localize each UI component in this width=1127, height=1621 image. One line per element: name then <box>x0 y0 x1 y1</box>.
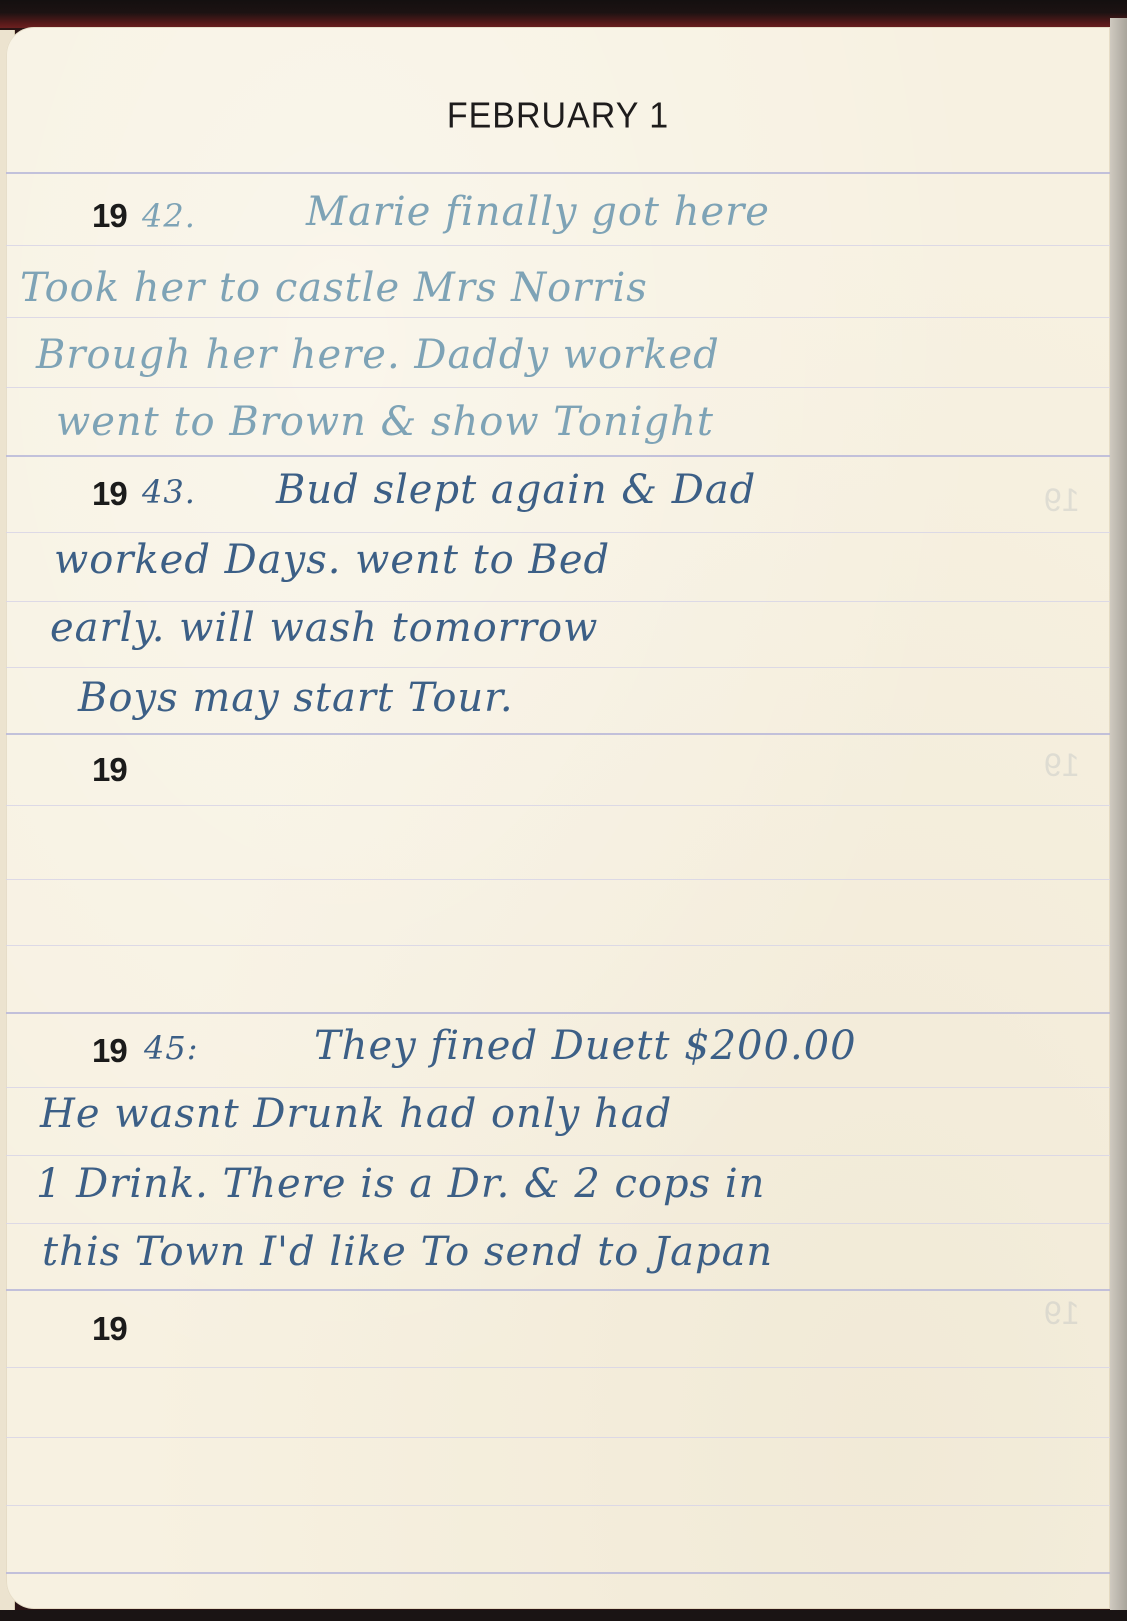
ruled-line <box>6 601 1110 602</box>
year-suffix: 43. <box>142 473 196 511</box>
section-rule <box>6 1012 1110 1014</box>
ruled-line <box>6 532 1110 533</box>
entry-line: He wasnt Drunk had only had <box>40 1091 672 1137</box>
ruled-line <box>6 1155 1110 1156</box>
page-stack-right-edge <box>1110 18 1127 1618</box>
entry-line: went to Brown & show Tonight <box>56 399 714 445</box>
entry-line: 1 Drink. There is a Dr. & 2 cops in <box>36 1161 765 1207</box>
entry-line: They fined Duett $200.00 <box>314 1023 857 1069</box>
entry-line: worked Days. went to Bed <box>54 537 610 583</box>
page-title: FEBRUARY 1 <box>6 96 1110 137</box>
section-rule <box>6 455 1110 457</box>
entry-line: Took her to castle Mrs Norris <box>20 265 648 311</box>
entry-line: Bud slept again & Dad <box>276 467 756 513</box>
show-through-year: 19 <box>1044 747 1080 784</box>
book-binding-top <box>0 0 1127 28</box>
show-through-year: 19 <box>1044 482 1080 519</box>
ruled-line <box>6 879 1110 880</box>
printed-year-prefix: 19 <box>92 751 127 789</box>
printed-year-prefix: 19 <box>92 1310 127 1348</box>
entry-line: Marie finally got here <box>306 189 770 235</box>
ruled-line <box>6 245 1110 246</box>
section-rule <box>6 1572 1110 1574</box>
ruled-line <box>6 1367 1110 1368</box>
ruled-line <box>6 667 1110 668</box>
year-suffix: 42. <box>142 197 196 235</box>
ruled-line <box>6 317 1110 318</box>
ruled-line <box>6 1087 1110 1088</box>
entry-line: Brough her here. Daddy worked <box>36 332 720 378</box>
printed-year-prefix: 19 <box>92 475 127 513</box>
year-suffix: 45: <box>144 1029 199 1067</box>
ruled-line <box>6 387 1110 388</box>
ruled-line <box>6 945 1110 946</box>
book-binding-bottom <box>0 1610 1127 1621</box>
entry-line: Boys may start Tour. <box>78 675 514 721</box>
printed-year-prefix: 19 <box>92 197 127 235</box>
ruled-line <box>6 1223 1110 1224</box>
ruled-line <box>6 805 1110 806</box>
ruled-line <box>6 1437 1110 1438</box>
printed-year-prefix: 19 <box>92 1032 127 1070</box>
header-rule <box>6 172 1110 174</box>
ruled-line <box>6 1505 1110 1506</box>
diary-page: FEBRUARY 1 19 19 19 19 42. Marie finally… <box>6 27 1110 1609</box>
show-through-year: 19 <box>1044 1295 1080 1332</box>
section-rule <box>6 733 1110 735</box>
section-rule <box>6 1289 1110 1291</box>
entry-line: early. will wash tomorrow <box>50 605 598 651</box>
entry-line: this Town I'd like To send to Japan <box>42 1229 773 1275</box>
